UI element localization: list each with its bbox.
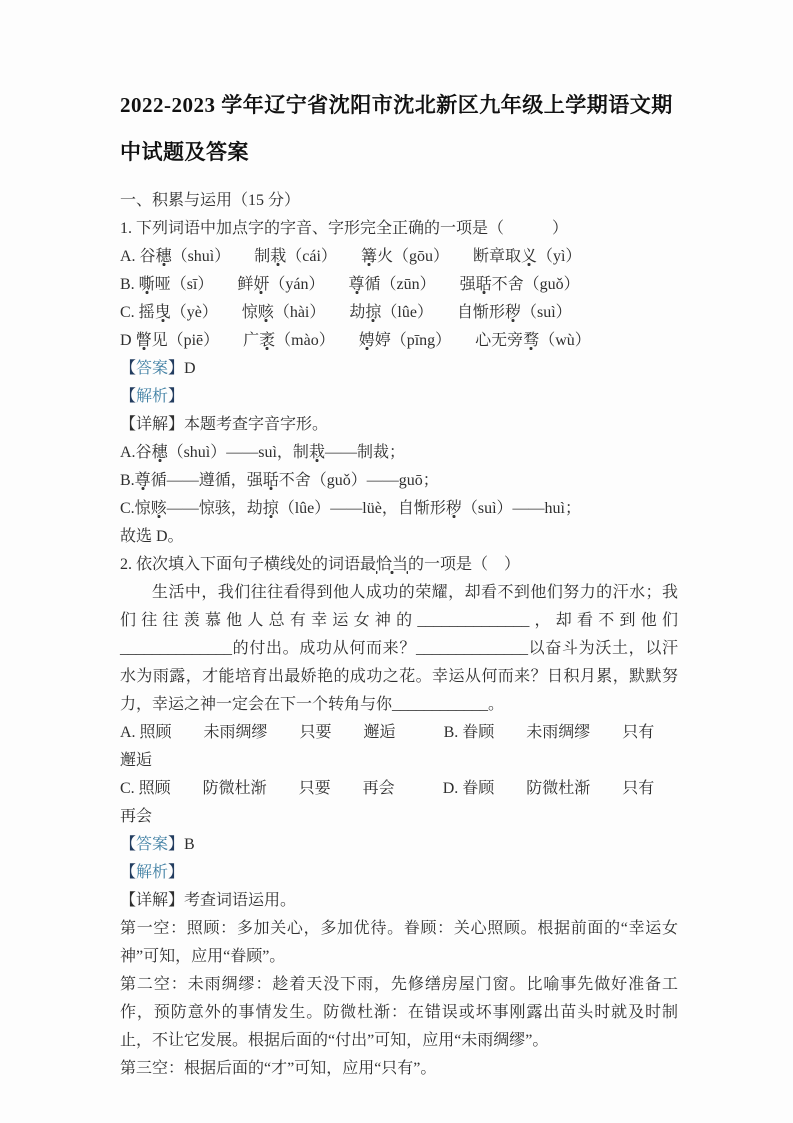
text-segment: 婷（pīng） 心无旁 <box>375 332 523 349</box>
text-segment: D <box>184 360 196 377</box>
q1-detail-b: B.尊循——遵循，强聒不舍（guǒ）——guō； <box>120 467 678 495</box>
q2-passage: 生活中，我们往往看得到他人成功的荣耀，却看不到他们努力的汗水；我们往往羡慕他人总… <box>120 579 678 719</box>
text-segment: （wù） <box>539 332 591 349</box>
text-segment: 邂逅 <box>120 752 152 769</box>
dotted-char: 尊 <box>135 472 151 491</box>
dotted-char: 义 <box>521 248 537 267</box>
dotted-char: 栽 <box>270 248 286 267</box>
text-segment: （hài） 劫 <box>274 304 366 321</box>
document-page: 2022-2023 学年辽宁省沈阳市沈北新区九年级上学期语文期中试题及答案 一、… <box>0 0 793 1123</box>
text-segment: D <box>120 332 136 349</box>
text-segment: C. 摇 <box>120 304 155 321</box>
dotted-char: 尊 <box>349 276 365 295</box>
doc-body: 一、积累与运用（15 分）1. 下列词语中加点字的字音、字形完全正确的一项是（ … <box>120 187 678 1083</box>
answer-label: 答案 <box>136 360 168 377</box>
text-segment: 1. 下列词语中加点字的字音、字形完全正确的一项是（ ） <box>120 220 568 237</box>
q1-detail: 【详解】本题考查字音字形。 <box>120 411 678 439</box>
dotted-char: 掠 <box>263 500 279 519</box>
text-segment: （yán） <box>269 276 348 293</box>
bracket: 【 <box>120 388 136 405</box>
text-segment: 第一空：照顾：多加关心，多加优待。眷顾：关心照顾。根据前面的“幸运女神”可知，应… <box>120 920 678 965</box>
text-segment: C.惊 <box>120 500 151 517</box>
text-segment: （suì）——huì； <box>462 500 581 517</box>
text-segment: B. <box>120 276 139 293</box>
text-segment: 第三空：根据后面的“才”可知，应用“只有”。 <box>120 1060 436 1077</box>
text-segment: 【详解】本题考查字音字形。 <box>120 416 328 433</box>
dotted-char: 袤 <box>259 332 275 351</box>
q2-explain-blank1: 第一空：照顾：多加关心，多加优待。眷顾：关心照顾。根据前面的“幸运女神”可知，应… <box>120 915 678 971</box>
text-segment: 故选 D。 <box>120 528 184 545</box>
answer-label: 解析 <box>136 388 168 405</box>
text-segment: 不舍（guǒ） <box>492 276 580 293</box>
q2-options-ab: A. 照顾 未雨绸缪 只要 邂逅B. 眷顾 未雨绸缪 只有 <box>120 719 678 747</box>
text-segment: 见（piē） 广 <box>152 332 260 349</box>
text-segment: 一、积累与运用（15 分） <box>120 192 300 209</box>
text-segment: C. 照顾 防微杜渐 只要 再会 <box>120 780 395 797</box>
dotted-char: 妍 <box>253 276 269 295</box>
q2-explain-blank3: 第三空：根据后面的“才”可知，应用“只有”。 <box>120 1055 678 1083</box>
text-segment: 2. 依次填入下面句子横线处的词语最 <box>120 556 376 573</box>
dotted-char: 秽 <box>446 500 462 519</box>
text-segment: （cái） <box>286 248 361 265</box>
text-segment: B. <box>120 472 135 489</box>
q2-detail: 【详解】考查词语运用。 <box>120 887 678 915</box>
q2-stem: 2. 依次填入下面句子横线处的词语最恰当的一项是（ ） <box>120 551 678 579</box>
text-segment: D. 眷顾 防微杜渐 只有 <box>443 780 655 797</box>
text-segment: （suì） <box>521 304 572 321</box>
text-segment: （yì） <box>537 248 581 265</box>
text-segment: 火（gōu） 断章取 <box>377 248 521 265</box>
dotted-char: 穗 <box>156 248 172 267</box>
text-segment: B <box>184 836 195 853</box>
text-segment: B. 眷顾 未雨绸缪 只有 <box>444 724 655 741</box>
text-segment: （shuì）——suì，制 <box>168 444 309 461</box>
dotted-char: 篝 <box>361 248 377 267</box>
dotted-char: 聒 <box>476 276 492 295</box>
text-segment: 生活中，我们往往看得到他人成功的荣耀，却看不到他们努力的汗水；我们往往羡慕他人总… <box>120 584 678 713</box>
dotted-char: 掠 <box>365 304 381 323</box>
q1-option-c: C. 摇曳（yè） 惊赅（hài） 劫掠（lûe） 自惭形秽（suì） <box>120 299 678 327</box>
q1-option-b: B. 嘶哑（sī） 鲜妍（yán） 尊循（zūn） 强聒不舍（guǒ） <box>120 271 678 299</box>
text-segment: 第二空：未雨绸缪：趁着天没下雨，先修缮房屋门窗。比喻事先做好准备工作，预防意外的… <box>120 976 678 1049</box>
text-segment: （lûe）——lüè，自惭形 <box>279 500 446 517</box>
q2-analysis: 【解析】 <box>120 859 678 887</box>
q2-options-cd-wrap: 再会 <box>120 803 678 831</box>
answer-label: 解析 <box>136 864 168 881</box>
q1-detail-a: A.谷穗（shuì）——suì，制栽——制裁； <box>120 439 678 467</box>
text-segment: （yè） 惊 <box>171 304 258 321</box>
text-segment: ——惊骇，劫 <box>167 500 263 517</box>
q2-answer: 【答案】B <box>120 831 678 859</box>
dotted-char: 秽 <box>505 304 521 323</box>
text-segment: A.谷 <box>120 444 152 461</box>
text-segment: （lûe） 自惭形 <box>381 304 505 321</box>
bracket: 】 <box>168 360 184 377</box>
bracket: 】 <box>168 388 184 405</box>
dotted-char: 恰当 <box>376 556 408 575</box>
text-segment: 再会 <box>120 808 152 825</box>
text-segment: ——制裁； <box>325 444 405 461</box>
q1-option-a: A. 谷穗（shuì） 制栽（cái） 篝火（gōu） 断章取义（yì） <box>120 243 678 271</box>
q1-conclusion: 故选 D。 <box>120 523 678 551</box>
answer-label: 答案 <box>136 836 168 853</box>
text-segment: 的一项是（ ） <box>408 556 520 573</box>
dotted-char: 娉 <box>359 332 375 351</box>
dotted-char: 骛 <box>523 332 539 351</box>
page-title: 2022-2023 学年辽宁省沈阳市沈北新区九年级上学期语文期中试题及答案 <box>120 82 678 177</box>
q1-stem: 1. 下列词语中加点字的字音、字形完全正确的一项是（ ） <box>120 215 678 243</box>
dotted-char: 嘶 <box>139 276 155 295</box>
q1-detail-c: C.惊赅——惊骇，劫掠（lûe）——lüè，自惭形秽（suì）——huì； <box>120 495 678 523</box>
q2-options-ab-wrap: 邂逅 <box>120 747 678 775</box>
dotted-char: 赅 <box>258 304 274 323</box>
dotted-char: 栽 <box>309 444 325 463</box>
q2-options-cd: C. 照顾 防微杜渐 只要 再会D. 眷顾 防微杜渐 只有 <box>120 775 678 803</box>
dotted-char: 聒 <box>263 472 279 491</box>
q1-answer: 【答案】D <box>120 355 678 383</box>
q2-explain-blank2: 第二空：未雨绸缪：趁着天没下雨，先修缮房屋门窗。比喻事先做好准备工作，预防意外的… <box>120 971 678 1055</box>
text-segment: 循（zūn） 强 <box>365 276 476 293</box>
text-segment: 哑（sī） 鲜 <box>155 276 254 293</box>
bracket: 【 <box>120 836 136 853</box>
text-segment: （shuì） 制 <box>172 248 271 265</box>
section-heading: 一、积累与运用（15 分） <box>120 187 678 215</box>
bracket: 】 <box>168 864 184 881</box>
q1-analysis: 【解析】 <box>120 383 678 411</box>
text-segment: 不舍（guǒ）——guō； <box>279 472 439 489</box>
bracket: 【 <box>120 864 136 881</box>
bracket: 】 <box>168 836 184 853</box>
dotted-char: 瞥 <box>136 332 152 351</box>
dotted-char: 赅 <box>151 500 167 519</box>
text-segment: A. 谷 <box>120 248 156 265</box>
text-segment: A. 照顾 未雨绸缪 只要 邂逅 <box>120 724 396 741</box>
bracket: 【 <box>120 360 136 377</box>
dotted-char: 曳 <box>155 304 171 323</box>
text-segment: 【详解】考查词语运用。 <box>120 892 296 909</box>
text-segment: （mào） <box>275 332 359 349</box>
dotted-char: 穗 <box>152 444 168 463</box>
text-segment: 循——遵循，强 <box>151 472 263 489</box>
q1-option-d: D 瞥见（piē） 广袤（mào） 娉婷（pīng） 心无旁骛（wù） <box>120 327 678 355</box>
